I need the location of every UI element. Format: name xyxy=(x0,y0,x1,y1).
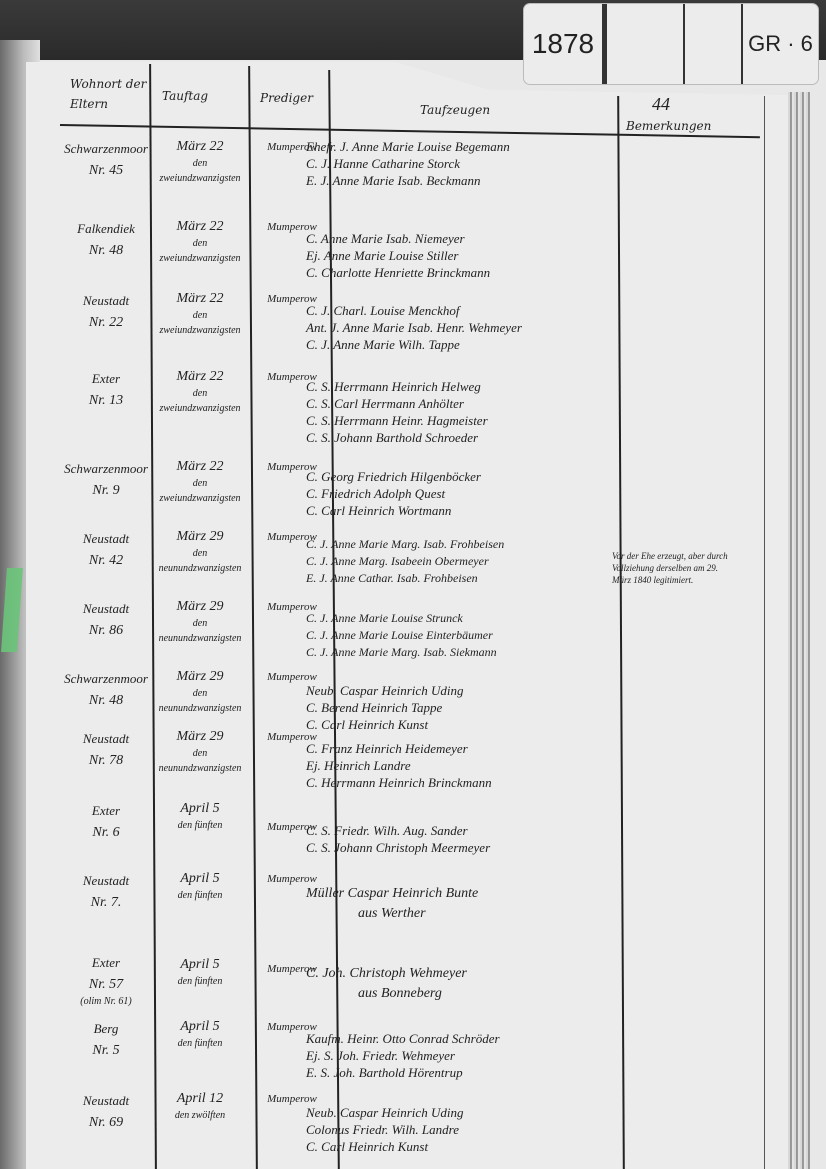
house-number: Nr. 9 xyxy=(60,480,152,502)
sponsor: Kaufm. Heinr. Otto Conrad Schröder xyxy=(306,1030,616,1047)
date-numeric: März 22 xyxy=(152,218,248,236)
sponsors: Ehefr. J. Anne Marie Louise BegemannC. J… xyxy=(306,138,616,189)
date-numeric: April 5 xyxy=(152,956,248,974)
archive-year: 1878 xyxy=(524,4,607,84)
residence-place: Berg xyxy=(60,1018,152,1040)
sponsor: C. J. Anne Marie Marg. Isab. Frohbeisen xyxy=(306,536,616,553)
residence: NeustadtNr. 22 xyxy=(60,290,152,334)
residence: NeustadtNr. 7. xyxy=(60,870,152,914)
sponsor: C. J. Anne Marie Wilh. Tappe xyxy=(306,336,616,353)
residence-place: Neustadt xyxy=(60,290,152,312)
sponsor: Ej. Heinrich Landre xyxy=(306,757,616,774)
house-number: Nr. 6 xyxy=(60,822,152,844)
date-numeric: März 22 xyxy=(152,138,248,156)
residence-place: Neustadt xyxy=(60,870,152,892)
house-number: Nr. 86 xyxy=(60,620,152,642)
header-pastor: Prediger xyxy=(260,88,330,108)
residence: BergNr. 5 xyxy=(60,1018,152,1062)
sponsor: C. J. Anne Marie Louise Einterbäumer xyxy=(306,627,616,644)
sponsors: C. Anne Marie Isab. NiemeyerEj. Anne Mar… xyxy=(306,230,616,281)
sponsor: E. J. Anne Cathar. Isab. Frohbeisen xyxy=(306,570,616,587)
house-number: Nr. 42 xyxy=(60,550,152,572)
remark: Vor der Ehe erzeugt, aber durch Vollzieh… xyxy=(612,550,732,586)
baptism-date: April 12den zwölften xyxy=(152,1090,248,1123)
header-sponsors: Taufzeugen xyxy=(420,100,570,120)
sponsor: Ant. J. Anne Marie Isab. Henr. Wehmeyer xyxy=(306,319,616,336)
sponsor: C. Carl Heinrich Kunst xyxy=(306,1138,616,1155)
sponsor: Ej. Anne Marie Louise Stiller xyxy=(306,247,616,264)
residence: ExterNr. 6 xyxy=(60,800,152,844)
sponsor: E. S. Joh. Barthold Hörentrup xyxy=(306,1064,616,1081)
date-words: den fünften xyxy=(152,818,248,833)
residence-place: Falkendiek xyxy=(60,218,152,240)
residence: ExterNr. 57(olim Nr. 61) xyxy=(60,952,152,1008)
sponsor: E. J. Anne Marie Isab. Beckmann xyxy=(306,172,616,189)
residence: SchwarzenmoorNr. 9 xyxy=(60,458,152,502)
house-number: Nr. 48 xyxy=(60,240,152,262)
date-words: den zweiundzwanzigsten xyxy=(152,386,248,416)
sponsor: C. Carl Heinrich Wortmann xyxy=(306,502,616,519)
residence-place: Exter xyxy=(60,800,152,822)
sponsors: C. Joh. Christoph Wehmeyeraus Bonneberg xyxy=(306,964,616,1004)
house-number: Nr. 69 xyxy=(60,1112,152,1134)
header-residence: Wohnort der Eltern xyxy=(70,74,150,114)
sponsor: C. Anne Marie Isab. Niemeyer xyxy=(306,230,616,247)
house-number: Nr. 5 xyxy=(60,1040,152,1062)
house-number: Nr. 57 xyxy=(60,974,152,996)
date-words: den neunundzwanzigsten xyxy=(152,616,248,646)
baptism-date: März 29den neunundzwanzigsten xyxy=(152,528,248,576)
residence: NeustadtNr. 78 xyxy=(60,728,152,772)
sponsor: C. Joh. Christoph Wehmeyer xyxy=(306,964,616,984)
sponsor: C. Berend Heinrich Tappe xyxy=(306,699,616,716)
sponsor: C. Friedrich Adolph Quest xyxy=(306,485,616,502)
residence: NeustadtNr. 69 xyxy=(60,1090,152,1134)
sponsor: Ehefr. J. Anne Marie Louise Begemann xyxy=(306,138,616,155)
sponsor: C. J. Charl. Louise Menckhof xyxy=(306,302,616,319)
sponsor: C. J. Anne Marie Louise Strunck xyxy=(306,610,616,627)
baptism-date: März 29den neunundzwanzigsten xyxy=(152,728,248,776)
date-words: den neunundzwanzigsten xyxy=(152,746,248,776)
baptism-date: März 29den neunundzwanzigsten xyxy=(152,598,248,646)
date-numeric: April 5 xyxy=(152,870,248,888)
house-number: Nr. 13 xyxy=(60,390,152,412)
sponsor: C. J. Anne Marg. Isabeein Obermeyer xyxy=(306,553,616,570)
sponsors: C. Georg Friedrich HilgenböckerC. Friedr… xyxy=(306,468,616,519)
sponsor: Ej. S. Joh. Friedr. Wehmeyer xyxy=(306,1047,616,1064)
sponsors: C. J. Anne Marie Marg. Isab. FrohbeisenC… xyxy=(306,536,616,587)
sponsor: C. J. Hanne Catharine Storck xyxy=(306,155,616,172)
baptism-date: März 22den zweiundzwanzigsten xyxy=(152,290,248,338)
sponsors: Neub. Caspar Heinrich UdingC. Berend Hei… xyxy=(306,682,616,733)
date-words: den zwölften xyxy=(152,1108,248,1123)
house-number: Nr. 22 xyxy=(60,312,152,334)
sponsor: C. S. Johann Barthold Schroeder xyxy=(306,429,616,446)
baptism-date: März 22den zweiundzwanzigsten xyxy=(152,218,248,266)
date-numeric: März 29 xyxy=(152,598,248,616)
header-baptism-date: Tauftag xyxy=(162,86,248,106)
residence-place: Schwarzenmoor xyxy=(60,138,152,160)
sponsor: aus Bonneberg xyxy=(306,984,616,1004)
date-words: den zweiundzwanzigsten xyxy=(152,156,248,186)
date-words: den neunundzwanzigsten xyxy=(152,546,248,576)
sponsors: Müller Caspar Heinrich Bunteaus Werther xyxy=(306,884,616,924)
residence: ExterNr. 13 xyxy=(60,368,152,412)
residence: NeustadtNr. 42 xyxy=(60,528,152,572)
date-numeric: März 29 xyxy=(152,668,248,686)
residence: SchwarzenmoorNr. 48 xyxy=(60,668,152,712)
sponsor: C. S. Herrmann Heinr. Hagmeister xyxy=(306,412,616,429)
baptism-date: März 22den zweiundzwanzigsten xyxy=(152,458,248,506)
date-words: den fünften xyxy=(152,1036,248,1051)
date-words: den zweiundzwanzigsten xyxy=(152,236,248,266)
house-number: Nr. 45 xyxy=(60,160,152,182)
sponsor: aus Werther xyxy=(306,904,616,924)
sponsor: C. S. Johann Christoph Meermeyer xyxy=(306,839,616,856)
sponsor: C. Charlotte Henriette Brinckmann xyxy=(306,264,616,281)
archive-blank-1 xyxy=(607,4,685,84)
sponsor: C. S. Friedr. Wilh. Aug. Sander xyxy=(306,822,616,839)
baptism-date: März 22den zweiundzwanzigsten xyxy=(152,368,248,416)
page-number: 44 xyxy=(652,94,670,115)
baptism-date: April 5den fünften xyxy=(152,1018,248,1051)
date-words: den fünften xyxy=(152,888,248,903)
date-numeric: März 22 xyxy=(152,458,248,476)
archive-blank-2 xyxy=(685,4,743,84)
baptism-date: März 22den zweiundzwanzigsten xyxy=(152,138,248,186)
baptism-date: März 29den neunundzwanzigsten xyxy=(152,668,248,716)
sponsor: Colonus Friedr. Wilh. Landre xyxy=(306,1121,616,1138)
sponsors: C. Franz Heinrich HeidemeyerEj. Heinrich… xyxy=(306,740,616,791)
residence-place: Neustadt xyxy=(60,728,152,750)
baptism-date: April 5den fünften xyxy=(152,800,248,833)
sponsor: C. S. Herrmann Heinrich Helweg xyxy=(306,378,616,395)
date-numeric: März 29 xyxy=(152,728,248,746)
baptism-date: April 5den fünften xyxy=(152,956,248,989)
residence: SchwarzenmoorNr. 45 xyxy=(60,138,152,182)
sponsors: C. S. Herrmann Heinrich HelwegC. S. Carl… xyxy=(306,378,616,446)
sponsors: C. J. Anne Marie Louise StrunckC. J. Ann… xyxy=(306,610,616,661)
date-numeric: März 22 xyxy=(152,368,248,386)
column-divider xyxy=(764,96,765,1169)
date-numeric: April 12 xyxy=(152,1090,248,1108)
house-number: Nr. 48 xyxy=(60,690,152,712)
sponsor: C. J. Anne Marie Marg. Isab. Siekmann xyxy=(306,644,616,661)
date-numeric: April 5 xyxy=(152,800,248,818)
sponsor: Müller Caspar Heinrich Bunte xyxy=(306,884,616,904)
date-numeric: März 29 xyxy=(152,528,248,546)
page-edges xyxy=(788,92,810,1169)
baptism-date: April 5den fünften xyxy=(152,870,248,903)
house-number: Nr. 78 xyxy=(60,750,152,772)
former-house-number: (olim Nr. 61) xyxy=(60,996,152,1008)
sponsor: C. S. Carl Herrmann Anhölter xyxy=(306,395,616,412)
archive-code: GR · 6 xyxy=(743,4,818,84)
date-words: den zweiundzwanzigsten xyxy=(152,476,248,506)
date-numeric: März 22 xyxy=(152,290,248,308)
sponsors: Kaufm. Heinr. Otto Conrad SchröderEj. S.… xyxy=(306,1030,616,1081)
sponsors: C. S. Friedr. Wilh. Aug. SanderC. S. Joh… xyxy=(306,822,616,856)
residence: NeustadtNr. 86 xyxy=(60,598,152,642)
residence-place: Exter xyxy=(60,952,152,974)
sponsors: C. J. Charl. Louise MenckhofAnt. J. Anne… xyxy=(306,302,616,353)
sponsor: Neub. Caspar Heinrich Uding xyxy=(306,682,616,699)
date-words: den neunundzwanzigsten xyxy=(152,686,248,716)
residence-place: Schwarzenmoor xyxy=(60,668,152,690)
residence-place: Neustadt xyxy=(60,1090,152,1112)
residence-place: Neustadt xyxy=(60,528,152,550)
house-number: Nr. 7. xyxy=(60,892,152,914)
sponsor: C. Herrmann Heinrich Brinckmann xyxy=(306,774,616,791)
header-remarks: Bemerkungen xyxy=(626,116,746,136)
sponsors: Neub. Caspar Heinrich UdingColonus Fried… xyxy=(306,1104,616,1155)
date-words: den zweiundzwanzigsten xyxy=(152,308,248,338)
date-words: den fünften xyxy=(152,974,248,989)
sponsor: C. Franz Heinrich Heidemeyer xyxy=(306,740,616,757)
residence-place: Schwarzenmoor xyxy=(60,458,152,480)
residence-place: Exter xyxy=(60,368,152,390)
residence: FalkendiekNr. 48 xyxy=(60,218,152,262)
residence-place: Neustadt xyxy=(60,598,152,620)
sponsor: Neub. Caspar Heinrich Uding xyxy=(306,1104,616,1121)
archive-label: 1878 GR · 6 xyxy=(524,4,818,84)
date-numeric: April 5 xyxy=(152,1018,248,1036)
sponsor: C. Carl Heinrich Kunst xyxy=(306,716,616,733)
sponsor: C. Georg Friedrich Hilgenböcker xyxy=(306,468,616,485)
